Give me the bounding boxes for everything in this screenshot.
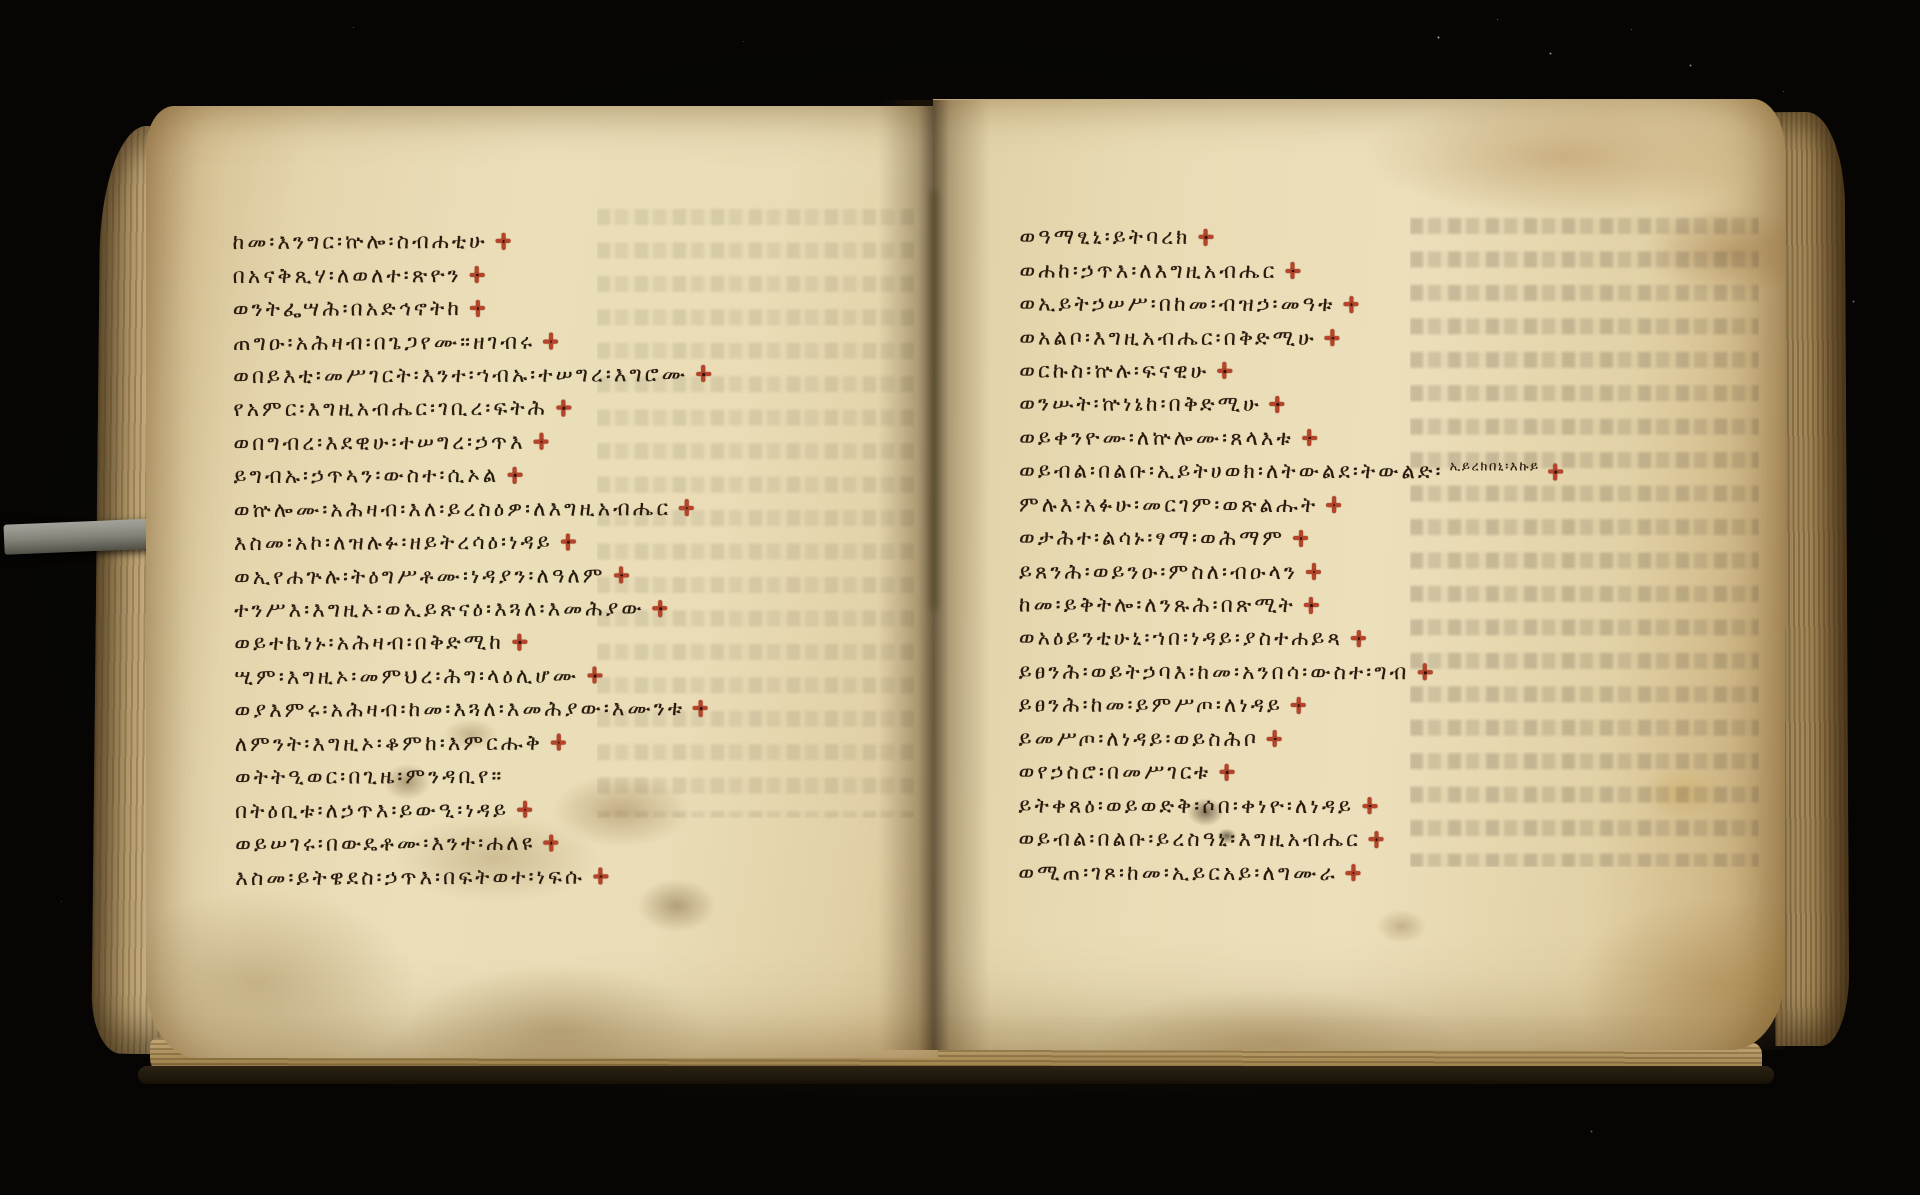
verse-separator-icon bbox=[1306, 563, 1321, 582]
verse-separator-icon bbox=[470, 299, 485, 318]
verse-separator-icon bbox=[693, 699, 708, 718]
geez-text: እስመ፡ይትዌደስ፡ኃጥእ፡በፍትወተ፡ነፍሱ bbox=[235, 864, 585, 891]
text-line: እስመ፡አኮ፡ለዝሉፉ፡ዘይትረሳዕ፡ነዳይ bbox=[234, 525, 712, 561]
verse-separator-icon bbox=[1369, 830, 1384, 849]
verse-separator-icon bbox=[1302, 429, 1317, 448]
verse-separator-icon bbox=[593, 867, 608, 886]
geez-text: ወይሠገሩ፡በውዴቶሙ፡እንተ፡ሐለዩ bbox=[235, 831, 535, 857]
geez-text: ይፀንሕ፡ከመ፡ይምሥጦ፡ለነዳይ bbox=[1019, 693, 1283, 718]
geez-text: ይፀንሕ፡ወይትኃባእ፡ከመ፡አንበሳ፡ውስተ፡ግብ bbox=[1019, 659, 1410, 685]
text-line: ይመሥጦ፡ለነዳይ፡ወይስሕቦ bbox=[1019, 722, 1563, 756]
verse-separator-icon bbox=[561, 533, 576, 552]
text-line: ወርኩስ፡ኵሉ፡ፍናዊሁ bbox=[1019, 354, 1563, 388]
manuscript-photo: ከመ፡እንግር፡ኵሎ፡ስብሐቲሁበአናቅጺሃ፡ለወለተ፡ጽዮንወንትፌሣሕ፡በአ… bbox=[0, 0, 1920, 1195]
geez-text: ከመ፡እንግር፡ኵሎ፡ስብሐቲሁ bbox=[233, 229, 488, 255]
geez-text: ወያእምሩ፡አሕዛብ፡ከመ፡እጓለ፡እመሕያው፡እሙንቱ bbox=[235, 696, 686, 723]
geez-text: ወኢይትኃሠሥ፡በከመ፡ብዝኃ፡መዓቱ bbox=[1019, 292, 1335, 318]
verse-separator-icon bbox=[1326, 496, 1341, 515]
verse-separator-icon bbox=[556, 399, 571, 418]
text-line: ወንትፌሣሕ፡በአድኅኖትከ bbox=[233, 291, 711, 327]
verse-separator-icon bbox=[1346, 864, 1361, 883]
text-line: ወይሠገሩ፡በውዴቶሙ፡እንተ፡ሐለዩ bbox=[235, 826, 713, 862]
geez-text: ወሐከ፡ኃጥእ፡ለእግዚአብሔር bbox=[1019, 258, 1277, 283]
geez-text: ወርኩስ፡ኵሉ፡ፍናዊሁ bbox=[1019, 358, 1209, 383]
right-page-text-column: ወዓማፂኒ፡ይትባረክወሐከ፡ኃጥእ፡ለእግዚአብሔርወኢይትኃሠሥ፡በከመ፡ብ… bbox=[1018, 221, 1563, 891]
text-line: ወበይእቲ፡መሥገርት፡እንተ፡ኀብኡ፡ተሠግረ፡እግሮሙ bbox=[233, 358, 711, 394]
text-line: ወትትዒወር፡በጊዜ፡ምንዳቢየ። bbox=[235, 759, 713, 795]
verse-separator-icon bbox=[1304, 596, 1319, 615]
geez-text: ይግብኡ፡ኃጥኣን፡ውስተ፡ሲኦል bbox=[234, 463, 500, 489]
text-line: ምሉእ፡አፉሁ፡መርገም፡ወጽልሑት bbox=[1019, 488, 1563, 522]
text-line: ጠግዑ፡አሕዛብ፡በጌጋየሙ።ዘገብሩ bbox=[233, 324, 711, 360]
geez-text: ወይቀንዮሙ፡ለኵሎሙ፡ጸላእቱ bbox=[1019, 425, 1294, 450]
geez-text: ወታሕተ፡ልሳኑ፡ፃማ፡ወሕማም bbox=[1019, 526, 1285, 551]
verse-separator-icon bbox=[1548, 463, 1563, 482]
text-line: ይፀንሕ፡ከመ፡ይምሥጦ፡ለነዳይ bbox=[1019, 689, 1563, 723]
text-line: ወኵሎሙ፡አሕዛብ፡እለ፡ይረስዕዎ፡ለእግዚአብሔር bbox=[234, 491, 712, 527]
verse-separator-icon bbox=[470, 266, 485, 285]
geez-text: ምሉእ፡አፉሁ፡መርገም፡ወጽልሑት bbox=[1019, 492, 1318, 518]
verse-separator-icon bbox=[512, 633, 527, 652]
text-line: ወያእምሩ፡አሕዛብ፡ከመ፡እጓለ፡እመሕያው፡እሙንቱ bbox=[235, 692, 713, 728]
geez-text: ይትቀጸዕ፡ወይወድቅ፡ሶበ፡ቀነዮ፡ለነዳይ bbox=[1019, 793, 1355, 819]
text-line: ወይብል፡በልቡ፡ይረስዓኒ፡እግዚአብሔር bbox=[1018, 822, 1562, 856]
text-line: ወታሕተ፡ልሳኑ፡ፃማ፡ወሕማም bbox=[1019, 521, 1563, 555]
geez-text: ወአዕይንቲሁኒ፡ኀበ፡ነዳይ፡ያስተሐይጻ bbox=[1019, 626, 1343, 652]
text-line: እስመ፡ይትዌደስ፡ኃጥእ፡በፍትወተ፡ነፍሱ bbox=[235, 859, 713, 895]
verse-separator-icon bbox=[696, 365, 711, 384]
geez-text: ወይተኬነኑ፡አሕዛብ፡በቅድሚከ bbox=[234, 630, 504, 656]
geez-text: በትዕቢቱ፡ለኃጥእ፡ይውዒ፡ነዳይ bbox=[235, 798, 509, 824]
verse-separator-icon bbox=[1285, 262, 1300, 281]
verse-separator-icon bbox=[587, 666, 602, 685]
text-line: ይትቀጸዕ፡ወይወድቅ፡ሶበ፡ቀነዮ፡ለነዳይ bbox=[1019, 789, 1563, 823]
geez-text: ከመ፡ይቅትሎ፡ለንጹሕ፡በጽሚት bbox=[1019, 593, 1296, 618]
geez-text: ሢም፡እግዚኦ፡መምህረ፡ሕግ፡ላዕሊሆሙ bbox=[234, 663, 579, 690]
geez-text: እስመ፡አኮ፡ለዝሉፉ፡ዘይትረሳዕ፡ነዳይ bbox=[234, 530, 553, 556]
text-line: ወአልቦ፡እግዚአብሔር፡በቅድሚሁ bbox=[1019, 321, 1563, 355]
verse-separator-icon bbox=[1351, 630, 1366, 649]
geez-text: ወየኃስሮ፡በመሥገርቱ bbox=[1019, 760, 1212, 785]
text-line: ወይብል፡በልቡ፡ኢይትሀወክ፡ለትውልደ፡ትውልድ፡ኢይረክበኒ፡እኩይ bbox=[1019, 455, 1563, 489]
text-line: ይጸንሕ፡ወይንዑ፡ምስለ፡ብዑላን bbox=[1019, 555, 1563, 589]
verse-separator-icon bbox=[679, 499, 694, 518]
geez-text: ወሚጠ፡ገጾ፡ከመ፡ኢይርአይ፡ለግሙራ bbox=[1018, 860, 1337, 886]
text-line: ወየኃስሮ፡በመሥገርቱ bbox=[1019, 756, 1563, 790]
geez-text: ወይብል፡በልቡ፡ኢይትሀወክ፡ለትውልደ፡ትውልድ፡ bbox=[1019, 459, 1444, 485]
text-line: ወኢይትኃሠሥ፡በከመ፡ብዝኃ፡መዓቱ bbox=[1019, 287, 1563, 321]
geez-text: ጠግዑ፡አሕዛብ፡በጌጋየሙ።ዘገብሩ bbox=[233, 329, 535, 355]
geez-text: የአምር፡እግዚአብሔር፡ገቢረ፡ፍትሕ bbox=[233, 396, 548, 422]
verse-separator-icon bbox=[543, 834, 558, 853]
geez-text: ወይብል፡በልቡ፡ይረስዓኒ፡እግዚአብሔር bbox=[1018, 827, 1360, 853]
verse-separator-icon bbox=[534, 433, 549, 452]
text-line: ሢም፡እግዚኦ፡መምህረ፡ሕግ፡ላዕሊሆሙ bbox=[234, 659, 712, 695]
text-line: ወዓማፂኒ፡ይትባረክ bbox=[1020, 221, 1564, 255]
text-line: ወሚጠ፡ገጾ፡ከመ፡ኢይርአይ፡ለግሙራ bbox=[1018, 856, 1562, 890]
geez-text: ወንሡት፡ኵነኔከ፡በቅድሚሁ bbox=[1019, 392, 1262, 417]
verse-separator-icon bbox=[1217, 362, 1232, 381]
text-line: ወይተኬነኑ፡አሕዛብ፡በቅድሚከ bbox=[234, 625, 712, 661]
verse-separator-icon bbox=[1293, 529, 1308, 548]
text-line: ወኢየሐጕሉ፡ትዕግሥቶሙ፡ነዳያን፡ለዓለም bbox=[234, 558, 712, 594]
text-line: ወሐከ፡ኃጥእ፡ለእግዚአብሔር bbox=[1019, 254, 1563, 288]
verse-separator-icon bbox=[1325, 329, 1340, 348]
text-line: ከመ፡ይቅትሎ፡ለንጹሕ፡በጽሚት bbox=[1019, 588, 1563, 622]
geez-text: በአናቅጺሃ፡ለወለተ፡ጽዮን bbox=[233, 263, 462, 289]
text-line: በአናቅጺሃ፡ለወለተ፡ጽዮን bbox=[233, 257, 711, 293]
geez-text: ወትትዒወር፡በጊዜ፡ምንዳቢየ። bbox=[235, 764, 505, 790]
left-page: ከመ፡እንግር፡ኵሎ፡ስብሐቲሁበአናቅጺሃ፡ለወለተ፡ጽዮንወንትፌሣሕ፡በአ… bbox=[146, 106, 938, 1058]
geez-text: ወኢየሐጕሉ፡ትዕግሥቶሙ፡ነዳያን፡ለዓለም bbox=[234, 563, 606, 590]
text-line: የአምር፡እግዚአብሔር፡ገቢረ፡ፍትሕ bbox=[233, 391, 711, 427]
geez-text: ወንትፌሣሕ፡በአድኅኖትከ bbox=[233, 296, 462, 322]
geez-text: ወበግብረ፡እደዊሁ፡ተሠግረ፡ኃጥእ bbox=[233, 430, 525, 456]
right-page: ወዓማፂኒ፡ይትባረክወሐከ፡ኃጥእ፡ለእግዚአብሔርወኢይትኃሠሥ፡በከመ፡ብ… bbox=[933, 99, 1785, 1050]
geez-text: ተንሥእ፡እግዚኦ፡ወኢይጽናዕ፡እጓለ፡እመሕያው bbox=[234, 596, 645, 623]
geez-text: ወዓማፂኒ፡ይትባረክ bbox=[1020, 225, 1191, 250]
text-line: ወአዕይንቲሁኒ፡ኀበ፡ነዳይ፡ያስተሐይጻ bbox=[1019, 622, 1563, 656]
text-line: ከመ፡እንግር፡ኵሎ፡ስብሐቲሁ bbox=[233, 224, 711, 260]
verse-separator-icon bbox=[1219, 763, 1234, 782]
text-line: ተንሥእ፡እግዚኦ፡ወኢይጽናዕ፡እጓለ፡እመሕያው bbox=[234, 592, 712, 628]
verse-separator-icon bbox=[614, 566, 629, 585]
geez-text: ወአልቦ፡እግዚአብሔር፡በቅድሚሁ bbox=[1019, 325, 1316, 351]
verse-separator-icon bbox=[507, 466, 522, 485]
geez-text: ወበይእቲ፡መሥገርት፡እንተ፡ኀብኡ፡ተሠግረ፡እግሮሙ bbox=[233, 362, 688, 389]
geez-text: ይጸንሕ፡ወይንዑ፡ምስለ፡ብዑላን bbox=[1019, 559, 1298, 584]
verse-separator-icon bbox=[653, 599, 668, 618]
text-line: ይግብኡ፡ኃጥኣን፡ውስተ፡ሲኦል bbox=[234, 458, 712, 494]
verse-separator-icon bbox=[543, 332, 558, 351]
verse-separator-icon bbox=[517, 800, 532, 819]
geez-text: ይመሥጦ፡ለነዳይ፡ወይስሕቦ bbox=[1019, 726, 1260, 751]
verse-separator-icon bbox=[1267, 730, 1282, 749]
verse-separator-icon bbox=[1270, 395, 1285, 414]
text-line: ወበግብረ፡እደዊሁ፡ተሠግረ፡ኃጥእ bbox=[233, 425, 711, 461]
verse-separator-icon bbox=[1199, 228, 1214, 247]
book-cover-edge bbox=[138, 1066, 1774, 1084]
geez-text: ለምንት፡እግዚኦ፡ቆምከ፡እምርሑቅ bbox=[235, 730, 543, 756]
geez-text-small-tail: ኢይረክበኒ፡እኩይ bbox=[1450, 460, 1540, 475]
verse-separator-icon bbox=[1343, 295, 1358, 314]
book-gutter-shadow bbox=[878, 100, 990, 1050]
text-line: በትዕቢቱ፡ለኃጥእ፡ይውዒ፡ነዳይ bbox=[235, 792, 713, 828]
text-line: ለምንት፡እግዚኦ፡ቆምከ፡እምርሑቅ bbox=[235, 726, 713, 762]
verse-separator-icon bbox=[496, 232, 511, 251]
verse-separator-icon bbox=[551, 733, 566, 752]
text-line: ወንሡት፡ኵነኔከ፡በቅድሚሁ bbox=[1019, 388, 1563, 422]
text-line: ወይቀንዮሙ፡ለኵሎሙ፡ጸላእቱ bbox=[1019, 421, 1563, 455]
verse-separator-icon bbox=[1291, 696, 1306, 715]
left-page-text-column: ከመ፡እንግር፡ኵሎ፡ስብሐቲሁበአናቅጺሃ፡ለወለተ፡ጽዮንወንትፌሣሕ፡በአ… bbox=[233, 224, 714, 895]
text-line: ይፀንሕ፡ወይትኃባእ፡ከመ፡አንበሳ፡ውስተ፡ግብ bbox=[1019, 655, 1563, 689]
geez-text: ወኵሎሙ፡አሕዛብ፡እለ፡ይረስዕዎ፡ለእግዚአብሔር bbox=[234, 496, 671, 523]
verse-separator-icon bbox=[1362, 797, 1377, 816]
verse-separator-icon bbox=[1417, 663, 1432, 682]
